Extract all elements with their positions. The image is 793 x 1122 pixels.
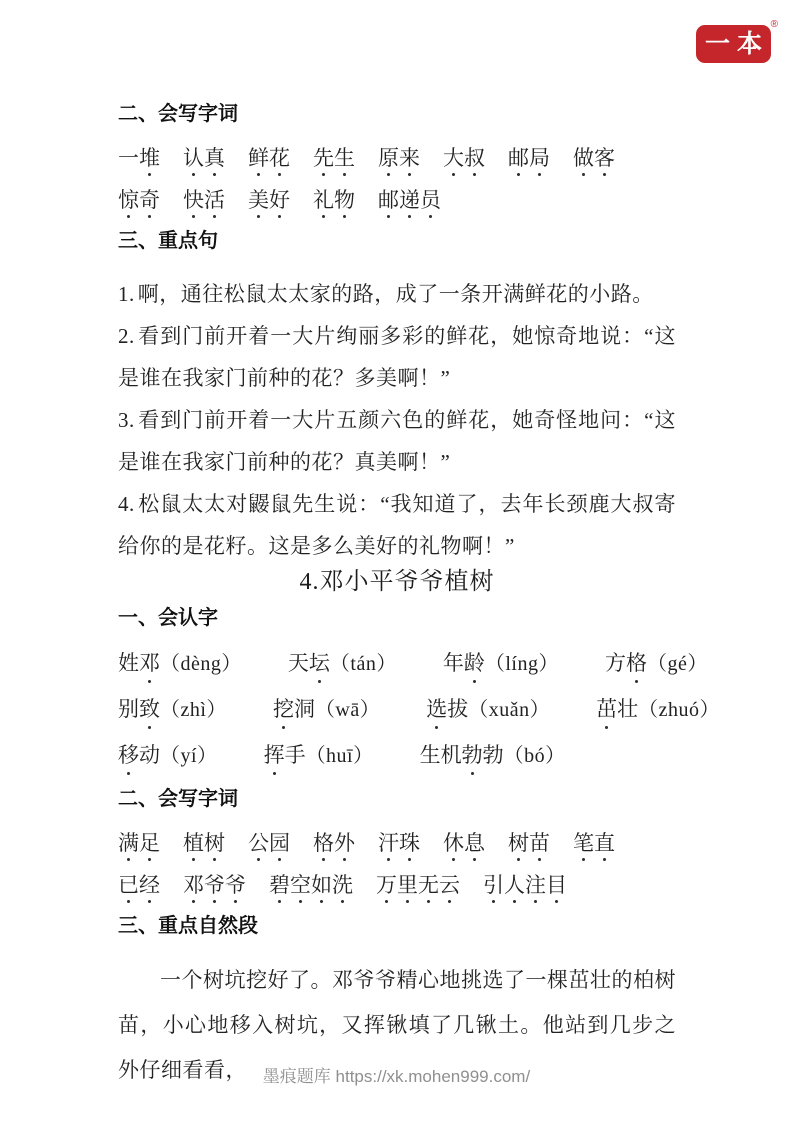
char: 大 [443, 146, 464, 170]
char: 认 [183, 146, 204, 170]
char: 递 [399, 188, 420, 212]
word-item: 碧空如洗 [269, 873, 353, 897]
char: 机 [441, 742, 462, 769]
char: 无 [418, 873, 439, 897]
char: 快 [183, 188, 204, 212]
char: 来 [399, 146, 420, 170]
char: 目 [546, 873, 567, 897]
word-item: 引人注目 [483, 873, 567, 897]
char: 注 [525, 873, 546, 897]
key-sentences: 1.啊，通往松鼠太太家的路，成了一条开满鲜花的小路。2.看到门前开着一大片绚丽多… [118, 273, 676, 567]
pinyin-annotation: （zhuó） [638, 699, 720, 721]
char: 坛 [309, 650, 330, 677]
char: 息 [464, 831, 485, 855]
brand-logo-text: 一本 [698, 32, 769, 57]
key-sentence: 1.啊，通往松鼠太太家的路，成了一条开满鲜花的小路。 [118, 273, 676, 315]
char: 珠 [399, 831, 420, 855]
char: 爷 [225, 873, 246, 897]
char: 公 [248, 831, 269, 855]
char: 如 [311, 873, 332, 897]
char: 局 [529, 146, 550, 170]
char: 手 [285, 742, 306, 769]
char: 挥 [264, 742, 285, 769]
char: 邓 [183, 873, 204, 897]
char: 碧 [269, 873, 290, 897]
word-row: 惊奇快活美好礼物邮递员 [118, 188, 676, 212]
section-heading: 一、会认字 [118, 607, 676, 629]
sentence-number: 2. [118, 324, 135, 348]
char: 空 [290, 873, 311, 897]
key-sentence: 2.看到门前开着一大片绚丽多彩的鲜花，她惊奇地说：“这是谁在我家门前种的花？多美… [118, 315, 676, 399]
word-item: 笔直 [573, 831, 615, 855]
section-heading: 二、会写字词 [118, 103, 676, 125]
word-item: 做客 [573, 146, 615, 170]
char: 天 [288, 650, 309, 677]
pinyin-annotation: （zhì） [160, 699, 227, 721]
pinyin-annotation: （wā） [315, 699, 380, 721]
char: 园 [269, 831, 290, 855]
pinyin-annotation: （xuǎn） [468, 699, 550, 721]
pinyin-annotation: （huī） [306, 745, 374, 767]
char: 活 [204, 188, 225, 212]
char: 惊 [118, 188, 139, 212]
char: 姓 [118, 650, 139, 677]
char: 满 [118, 831, 139, 855]
char: 云 [439, 873, 460, 897]
char: 一 [118, 146, 139, 170]
word-item: 美好 [248, 188, 290, 212]
sentence-number: 3. [118, 408, 135, 432]
sentence-text: 松鼠太太对鼹鼠先生说：“我知道了，去年长颈鹿大叔寄给你的是花籽。这是多么美好的礼… [118, 492, 676, 558]
word-row: 一堆认真鲜花先生原来大叔邮局做客 [118, 146, 676, 170]
sentence-text: 啊，通往松鼠太太家的路，成了一条开满鲜花的小路。 [138, 282, 654, 306]
sentence-number: 1. [118, 282, 135, 306]
char: 邓 [139, 650, 160, 677]
char: 笔 [573, 831, 594, 855]
char: 汗 [378, 831, 399, 855]
pinyin-word-item: 别致（zhì） [118, 696, 227, 724]
pinyin-annotation: （yí） [160, 745, 218, 767]
char: 移 [118, 742, 139, 769]
word-item: 邓爷爷 [183, 873, 246, 897]
pinyin-annotation: （bó） [504, 745, 566, 767]
section-heading: 三、重点自然段 [118, 915, 676, 937]
pinyin-word-item: 年龄（líng） [443, 650, 559, 678]
char: 先 [313, 146, 334, 170]
pinyin-word-item: 天坛（tán） [288, 650, 397, 678]
char: 洗 [332, 873, 353, 897]
char: 选 [426, 696, 447, 723]
char: 年 [443, 650, 464, 677]
registered-trademark-icon: ® [771, 19, 778, 30]
pinyin-word-item: 生机勃勃（bó） [420, 742, 566, 770]
pinyin-word-item: 选拔（xuǎn） [426, 696, 550, 724]
word-item: 惊奇 [118, 188, 160, 212]
char: 鲜 [248, 146, 269, 170]
char: 苗 [529, 831, 550, 855]
word-row: 已经邓爷爷碧空如洗万里无云引人注目 [118, 873, 676, 897]
char: 树 [508, 831, 529, 855]
char: 做 [573, 146, 594, 170]
char: 生 [334, 146, 355, 170]
pinyin-word-item: 挖洞（wā） [273, 696, 380, 724]
pinyin-annotation: （dèng） [160, 653, 242, 675]
document-page: 一本 ® 二、会写字词一堆认真鲜花先生原来大叔邮局做客惊奇快活美好礼物邮递员三、… [0, 0, 793, 1122]
char: 真 [204, 146, 225, 170]
word-item: 树苗 [508, 831, 550, 855]
section-heading: 三、重点句 [118, 230, 676, 252]
word-item: 先生 [313, 146, 355, 170]
char: 花 [269, 146, 290, 170]
word-item: 邮局 [508, 146, 550, 170]
sentence-text: 看到门前开着一大片绚丽多彩的鲜花，她惊奇地说：“这是谁在我家门前种的花？多美啊！… [118, 324, 676, 390]
char: 邮 [508, 146, 529, 170]
pinyin-annotation: （gé） [647, 653, 708, 675]
key-sentence: 3.看到门前开着一大片五颜六色的鲜花，她奇怪地问：“这是谁在我家门前种的花？真美… [118, 399, 676, 483]
pinyin-row: 别致（zhì）挖洞（wā）选拔（xuǎn）茁壮（zhuó） [118, 696, 676, 724]
char: 致 [139, 696, 160, 723]
pinyin-word-item: 挥手（huī） [264, 742, 374, 770]
char: 已 [118, 873, 139, 897]
char: 客 [594, 146, 615, 170]
char: 植 [183, 831, 204, 855]
word-row: 满足植树公园格外汗珠休息树苗笔直 [118, 831, 676, 855]
char: 格 [626, 650, 647, 677]
word-list: 满足植树公园格外汗珠休息树苗笔直已经邓爷爷碧空如洗万里无云引人注目 [118, 831, 676, 897]
char: 美 [248, 188, 269, 212]
pinyin-word-item: 移动（yí） [118, 742, 218, 770]
char: 茁 [596, 696, 617, 723]
word-item: 植树 [183, 831, 225, 855]
pinyin-word-list: 姓邓（dèng）天坛（tán）年龄（líng）方格（gé）别致（zhì）挖洞（w… [118, 650, 676, 770]
char: 叔 [464, 146, 485, 170]
sentence-number: 4. [118, 492, 135, 516]
word-item: 格外 [313, 831, 355, 855]
char: 别 [118, 696, 139, 723]
char: 勃 [483, 742, 504, 769]
char: 万 [376, 873, 397, 897]
char: 树 [204, 831, 225, 855]
lesson-title: 4.邓小平爷爷植树 [118, 567, 676, 597]
char: 格 [313, 831, 334, 855]
pinyin-annotation: （líng） [485, 653, 559, 675]
char: 动 [139, 742, 160, 769]
brand-logo: 一本 ® [696, 25, 771, 63]
word-item: 汗珠 [378, 831, 420, 855]
document-content: 二、会写字词一堆认真鲜花先生原来大叔邮局做客惊奇快活美好礼物邮递员三、重点句1.… [118, 103, 676, 1093]
char: 洞 [294, 696, 315, 723]
word-list: 一堆认真鲜花先生原来大叔邮局做客惊奇快活美好礼物邮递员 [118, 146, 676, 212]
char: 方 [605, 650, 626, 677]
char: 邮 [378, 188, 399, 212]
section-heading: 二、会写字词 [118, 788, 676, 810]
char: 休 [443, 831, 464, 855]
char: 爷 [204, 873, 225, 897]
char: 里 [397, 873, 418, 897]
char: 勃 [462, 742, 483, 769]
char: 拔 [447, 696, 468, 723]
char: 挖 [273, 696, 294, 723]
word-item: 邮递员 [378, 188, 441, 212]
char: 龄 [464, 650, 485, 677]
footer-credit: 墨痕题库 https://xk.mohen999.com/ [0, 1062, 793, 1087]
sentence-text: 看到门前开着一大片五颜六色的鲜花，她奇怪地问：“这是谁在我家门前种的花？真美啊！… [118, 408, 676, 474]
word-item: 休息 [443, 831, 485, 855]
pinyin-word-item: 茁壮（zhuó） [596, 696, 720, 724]
char: 好 [269, 188, 290, 212]
word-item: 公园 [248, 831, 290, 855]
word-item: 一堆 [118, 146, 160, 170]
word-item: 大叔 [443, 146, 485, 170]
char: 人 [504, 873, 525, 897]
word-item: 原来 [378, 146, 420, 170]
char: 外 [334, 831, 355, 855]
char: 引 [483, 873, 504, 897]
char: 直 [594, 831, 615, 855]
char: 经 [139, 873, 160, 897]
char: 生 [420, 742, 441, 769]
char: 原 [378, 146, 399, 170]
char: 物 [334, 188, 355, 212]
pinyin-word-item: 方格（gé） [605, 650, 708, 678]
char: 足 [139, 831, 160, 855]
char: 员 [420, 188, 441, 212]
char: 壮 [617, 696, 638, 723]
char: 奇 [139, 188, 160, 212]
pinyin-annotation: （tán） [330, 653, 397, 675]
word-item: 礼物 [313, 188, 355, 212]
word-item: 鲜花 [248, 146, 290, 170]
word-item: 认真 [183, 146, 225, 170]
pinyin-row: 姓邓（dèng）天坛（tán）年龄（líng）方格（gé） [118, 650, 676, 678]
char: 堆 [139, 146, 160, 170]
key-sentence: 4.松鼠太太对鼹鼠先生说：“我知道了，去年长颈鹿大叔寄给你的是花籽。这是多么美好… [118, 483, 676, 567]
word-item: 满足 [118, 831, 160, 855]
word-item: 已经 [118, 873, 160, 897]
pinyin-word-item: 姓邓（dèng） [118, 650, 242, 678]
pinyin-row: 移动（yí）挥手（huī）生机勃勃（bó） [118, 742, 676, 770]
word-item: 快活 [183, 188, 225, 212]
word-item: 万里无云 [376, 873, 460, 897]
char: 礼 [313, 188, 334, 212]
